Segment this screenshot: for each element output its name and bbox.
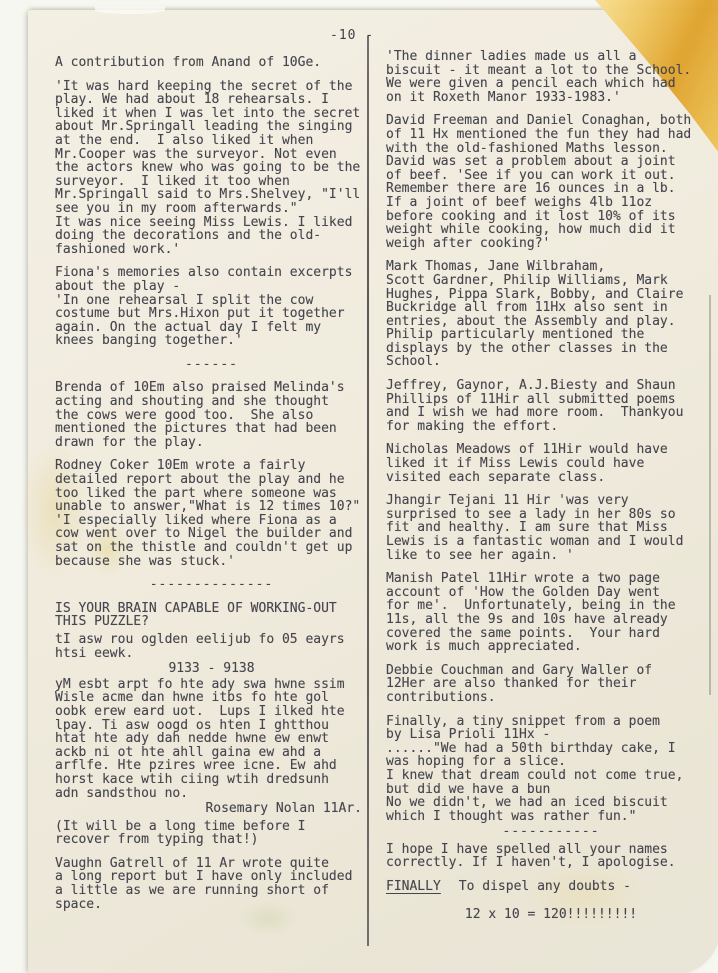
- paragraph-rodney-coker: Rodney Coker 10Em wrote a fairly detaile…: [55, 459, 368, 568]
- paragraph-fiona-memories: Fiona's memories also contain excerpts a…: [55, 266, 368, 348]
- paragraph-manish-patel: Manish Patel 11Hir wrote a two page acco…: [386, 572, 716, 654]
- paper-tear-edge: [95, 6, 165, 14]
- signature-rosemary-nolan: Rosemary Nolan 11Ar.: [55, 802, 368, 816]
- typist-note: (It will be a long time before I recover…: [55, 820, 368, 847]
- paragraph-dinner-ladies-quote: 'The dinner ladies made us all a biscuit…: [386, 50, 716, 104]
- finally-label: FINALLY: [386, 879, 441, 894]
- finally-line: FINALLYTo dispel any doubts -: [386, 880, 716, 894]
- puzzle-heading: IS YOUR BRAIN CAPABLE OF WORKING-OUT THI…: [55, 602, 368, 629]
- right-column: 'The dinner ladies made us all a biscuit…: [386, 50, 716, 931]
- separator-dashes: -----------: [386, 825, 716, 839]
- paragraph-spelling-apology: I hope I have spelled all your names cor…: [386, 843, 716, 870]
- paragraph-jhangir-tejani: Jhangir Tejani 11 Hir 'was very surprise…: [386, 494, 716, 562]
- puzzle-intro: tI asw rou oglden eelijub fo 05 eayrs ht…: [55, 633, 368, 660]
- poem-excerpt-lisa-prioli: Finally, a tiny snippet from a poem by L…: [386, 715, 716, 824]
- paragraph-jeffrey-poems: Jeffrey, Gaynor, A.J.Biesty and Shaun Ph…: [386, 379, 716, 433]
- paragraph-mark-thomas-entries: Mark Thomas, Jane Wilbraham, Scott Gardn…: [386, 260, 716, 369]
- puzzle-scrambled-text: yM esbt arpt fo hte ady swa hwne ssim Wi…: [55, 678, 368, 800]
- paragraph-brenda: Brenda of 10Em also praised Melinda's ac…: [55, 381, 368, 449]
- paragraph-nicholas-meadows: Nicholas Meadows of 11Hir would have lik…: [386, 443, 716, 484]
- left-column: A contribution from Anand of 10Ge. 'It w…: [55, 56, 368, 921]
- paragraph-vaughn-gatrell: Vaughn Gatrell of 11 Ar wrote quite a lo…: [55, 857, 368, 911]
- puzzle-dates: 9133 - 9138: [55, 662, 368, 676]
- final-sum: 12 x 10 = 120!!!!!!!!!: [386, 908, 716, 922]
- finally-text: To dispel any doubts -: [459, 879, 631, 894]
- page-number: -10 -: [330, 28, 374, 43]
- separator-dashes: --------------: [55, 578, 368, 592]
- separator-dashes: ------: [55, 358, 368, 372]
- paragraph-debbie-gary: Debbie Couchman and Gary Waller of 12Her…: [386, 664, 716, 705]
- paragraph-anand-quote: 'It was hard keeping the secret of the p…: [55, 80, 368, 257]
- paragraph-contribution-intro: A contribution from Anand of 10Ge.: [55, 56, 368, 70]
- paragraph-david-freeman: David Freeman and Daniel Conaghan, both …: [386, 114, 716, 250]
